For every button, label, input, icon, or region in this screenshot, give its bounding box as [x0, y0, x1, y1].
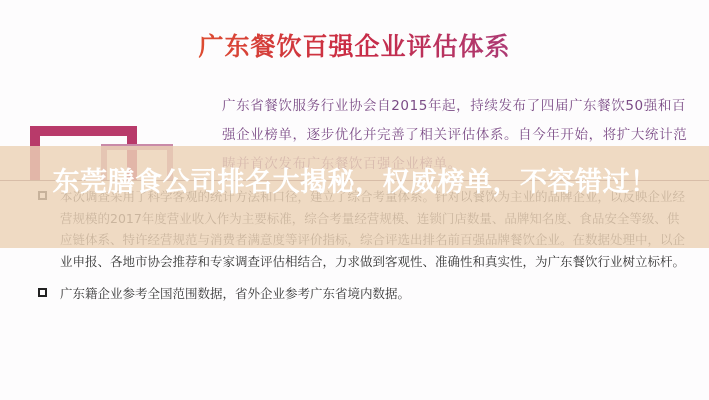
- bullet-text: 广东籍企业参考全国范围数据，省外企业参考广东省境内数据。: [60, 286, 410, 301]
- square-bullet-icon: [38, 288, 47, 297]
- bullet-item-data-scope: 广东籍企业参考全国范围数据，省外企业参考广东省境内数据。: [38, 283, 688, 305]
- document-title: 广东餐饮百强企业评估体系: [0, 30, 709, 64]
- overlay-headline: 东莞膳食公司排名大揭秘，权威榜单，不容错过！: [40, 166, 670, 200]
